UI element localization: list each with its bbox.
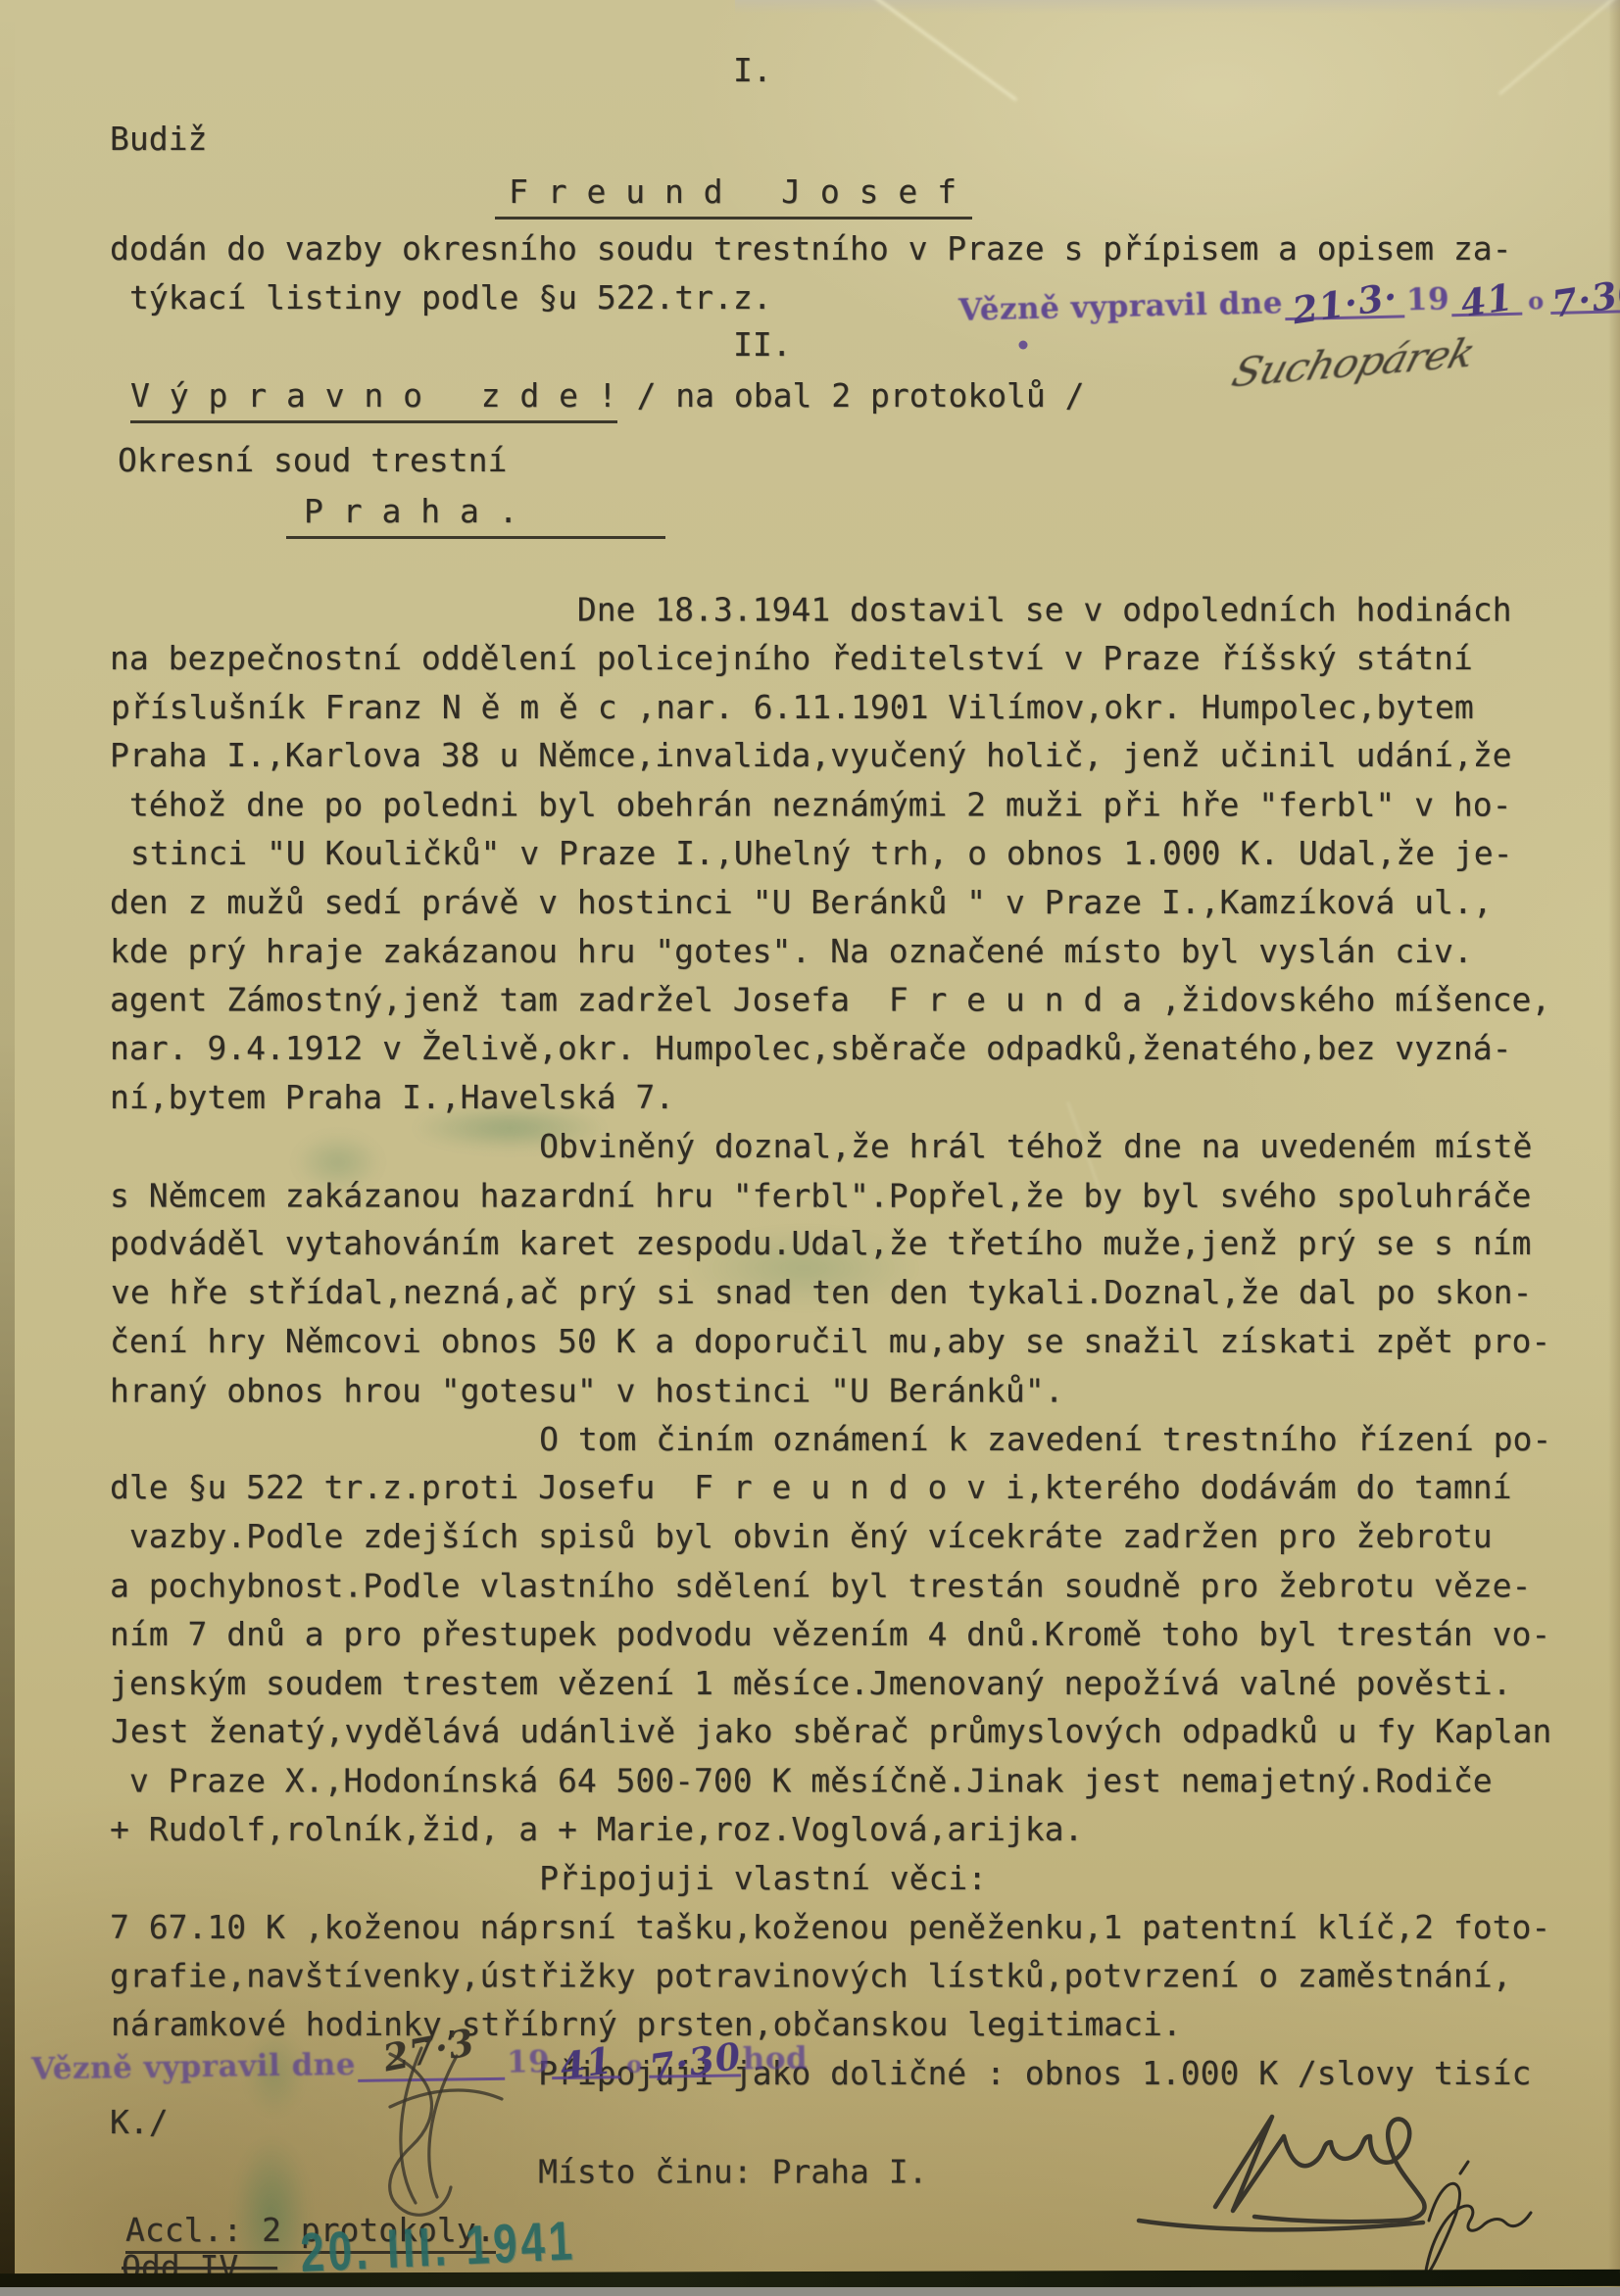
typed-line: Dne 18.3.1941 dostavil se v odpoledních …: [110, 586, 1550, 635]
typed-line: grafie,navštívenky,ústřižky potravinovýc…: [110, 1952, 1550, 2001]
paper-top-edge: [735, 0, 1620, 14]
stamp-handwritten-day: 27·3: [381, 2027, 477, 2073]
defendant-name-underlined: F r e u n d J o s e f: [495, 172, 972, 220]
typed-line: ve hře střídal,nezná,ač prý si snad ten …: [111, 1268, 1551, 1317]
typed-body: Dne 18.3.1941 dostavil se v odpoledních …: [110, 585, 1550, 2195]
typed-line: příslušník Franz N ě m ě c ,nar. 6.11.19…: [111, 683, 1551, 732]
stamp-time-field: 7·30: [1549, 278, 1620, 315]
vypravno-rest: / na obal 2 protokolů /: [617, 376, 1085, 415]
typed-line: + Rudolf,rolník,žid, a + Marie,roz.Voglo…: [110, 1805, 1550, 1854]
typed-line: podváděl vytahováním karet zespodu.Udal,…: [110, 1219, 1550, 1268]
custody-line-1: dodán do vazby okresního soudu trestního…: [110, 229, 1511, 268]
stamp-handwritten-year: 41: [1459, 282, 1515, 318]
typed-line: v Praze X.,Hodonínská 64 500-700 K měsíč…: [110, 1757, 1550, 1806]
custody-line-2: týkací listiny podle §u 522.tr.z.: [129, 278, 772, 317]
paper-left-edge: [0, 0, 15, 2296]
typed-line: K./: [110, 2098, 1550, 2147]
typed-line: ním 7 dnů a pro přestupek podvodu vězení…: [110, 1610, 1550, 1659]
stamp-year-field: 41: [1451, 281, 1523, 318]
typed-line: den z mužů sedí právě v hostinci "U Berá…: [110, 878, 1550, 927]
typed-line: téhož dne po poledni byl obehrán neznámý…: [110, 781, 1550, 830]
typed-line: jenským soudem trestem vězení 1 měsíce.J…: [110, 1659, 1550, 1708]
typed-line: Obviněný doznal,že hrál téhož dne na uve…: [111, 1122, 1551, 1171]
typed-line: náramkové hodinky,stříbrný prsten,občans…: [111, 2000, 1551, 2049]
typed-line: Jest ženatý,vydělává udánlivě jako sběra…: [111, 1707, 1551, 1756]
dispatch-stamp-top: Vězně vypravil dne 21·3· 19 41 o 7·30 ho…: [958, 275, 1620, 327]
stamp-label: Vězně vypravil dne: [958, 285, 1284, 328]
stamp-hod-label: hod: [743, 2040, 809, 2076]
stamp-day-field: 27·3: [358, 2046, 505, 2082]
court-name: Okresní soud trestní: [118, 441, 507, 479]
typed-line: Místo činu: Praha I.: [110, 2147, 1550, 2196]
praha-heading: P r a h a .: [286, 492, 665, 530]
stamp-year-prefix: 19: [1406, 281, 1450, 318]
typed-line: O tom činím oznámení k zavedení trestníh…: [111, 1415, 1551, 1464]
typed-line: Praha I.,Karlova 38 u Němce,invalida,vyu…: [110, 731, 1550, 780]
vypravno-underlined: V ý p r a v n o z d e !: [130, 376, 617, 423]
typed-line: 7 67.10 K ,koženou náprsní tašku,koženou…: [110, 1903, 1550, 1952]
typed-line: Připojuji vlastní věci:: [111, 1854, 1551, 1903]
stamp-o-label: o: [1528, 286, 1545, 315]
typed-line: stinci "U Kouličků" v Praze I.,Uhelný tr…: [111, 829, 1551, 878]
defendant-name-heading: F r e u n d J o s e f: [495, 172, 972, 211]
typed-line: agent Zámostný,jenž tam zadržel Josefa F…: [110, 976, 1550, 1025]
paper-right-edge: [1608, 0, 1620, 2296]
stamp-handwritten-time: 7·30: [648, 2041, 743, 2082]
stamp-o-label: o: [626, 2050, 643, 2078]
section-numeral-two: II.: [733, 325, 792, 364]
typed-line: a pochybnost.Podle vlastního sdělení byl…: [110, 1561, 1550, 1610]
stamp-handwritten-day: 21·3·: [1291, 281, 1399, 325]
typed-line: dle §u 522 tr.z.proti Josefu F r e u n d…: [110, 1463, 1550, 1512]
scan-background-strip: [0, 2287, 1620, 2296]
stamp-year-prefix: 19: [507, 2044, 551, 2080]
vypravno-line: V ý p r a v n o z d e ! / na obal 2 prot…: [130, 376, 1085, 415]
stamp-time-field: 7·30: [648, 2042, 741, 2077]
typed-line: ní,bytem Praha I.,Havelská 7.: [110, 1073, 1550, 1122]
stamp-handwritten-year: 41: [559, 2045, 614, 2081]
ink-dot: [1019, 341, 1028, 350]
typed-line: s Němcem zakázanou hazardní hru "ferbl".…: [110, 1171, 1550, 1220]
stamp-day-field: 21·3·: [1285, 283, 1405, 320]
paper-crease: [825, 0, 1017, 101]
budiz-word: Budiž: [110, 120, 207, 158]
typed-line: hraný obnos hrou "gotesu" v hostinci "U …: [110, 1366, 1550, 1415]
typed-line: kde prý hraje zakázanou hru "gotes". Na …: [110, 927, 1550, 976]
stamp-label: Vězně vypravil dne: [31, 2047, 356, 2087]
typed-line: na bezpečnostní oddělení policejního řed…: [110, 634, 1550, 683]
paper-crease: [1498, 0, 1620, 95]
stamp-year-field: 41: [552, 2044, 620, 2079]
clerk-signature: Suchopárek: [1227, 329, 1480, 397]
section-numeral-one: I.: [733, 51, 772, 89]
scanned-document-page: I. Budiž F r e u n d J o s e f dodán do …: [0, 0, 1620, 2296]
typed-line: čení hry Němcovi obnos 50 K a doporučil …: [110, 1317, 1550, 1366]
typed-line: vazby.Podle zdejších spisů byl obvin ěný…: [110, 1512, 1550, 1561]
stamp-handwritten-time: 7·30: [1549, 276, 1620, 318]
typed-line: nar. 9.4.1912 v Želivě,okr. Humpolec,sbě…: [110, 1024, 1550, 1073]
praha-underlined: P r a h a .: [286, 492, 665, 539]
